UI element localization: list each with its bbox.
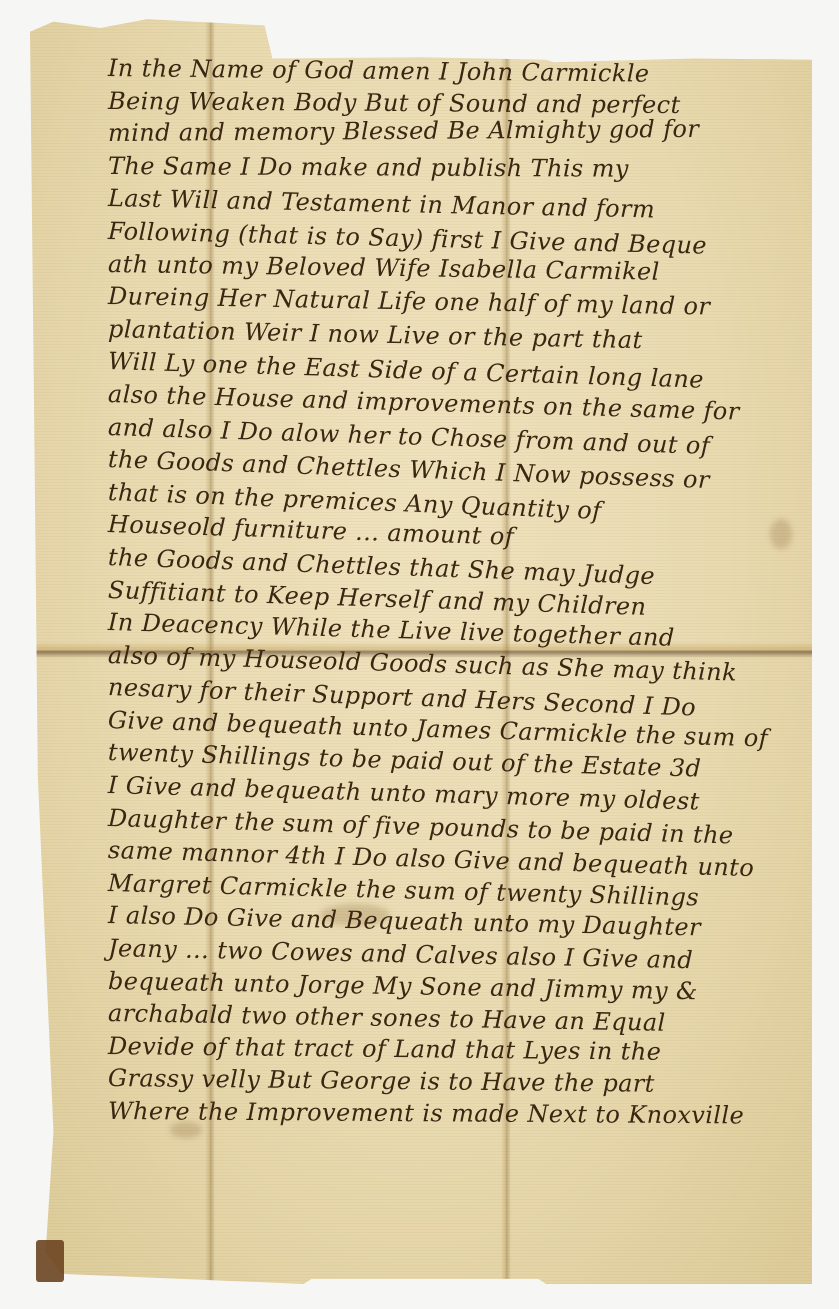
text-line: The Same I Do make and publish This my — [108, 150, 828, 186]
will-text-body: In the Name of God amen I John Carmickle… — [108, 52, 828, 1128]
edge-stain — [36, 1240, 64, 1282]
text-line: Where the Improvement is made Next to Kn… — [108, 1095, 828, 1133]
manuscript-page: In the Name of God amen I John Carmickle… — [30, 14, 812, 1284]
text-line: mind and memory Blessed Be Almighty god … — [108, 112, 828, 150]
